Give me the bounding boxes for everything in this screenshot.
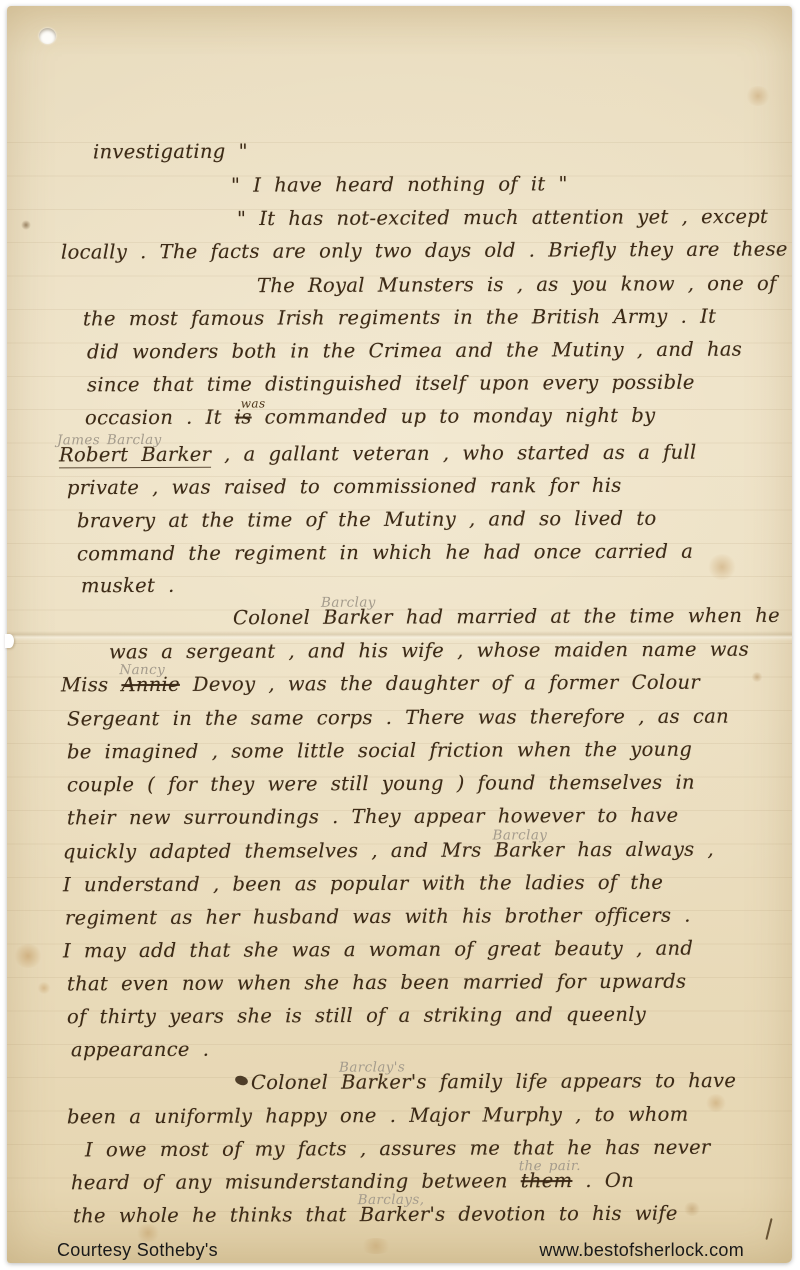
foxing-stain — [705, 1094, 727, 1112]
corrected-name: Barclay'sBarker's — [341, 1072, 427, 1092]
text-segment: family life appears to have — [427, 1069, 736, 1093]
manuscript-line: musket . — [81, 576, 175, 596]
manuscript-line: I understand , been as popular with the … — [63, 873, 663, 895]
manuscript-line: the whole he thinks that Barclays,Barker… — [73, 1204, 678, 1226]
manuscript-line: was a sergeant , and his wife , whose ma… — [109, 640, 749, 662]
text-segment: has always , — [564, 838, 714, 862]
manuscript-line: command the regiment in which he had onc… — [77, 542, 693, 564]
manuscript-line: did wonders both in the Crimea and the M… — [87, 340, 742, 362]
ink-correction: wasis — [235, 408, 252, 428]
text-segment: commanded up to monday night by — [252, 404, 656, 429]
pencil-annotation: Nancy — [119, 664, 165, 678]
manuscript-line: bravery at the time of the Mutiny , and … — [77, 509, 657, 531]
manuscript-line: heard of any misunderstanding between th… — [71, 1171, 634, 1193]
foxing-stain — [359, 1238, 393, 1254]
manuscript-line: occasion . It wasis commanded up to mond… — [85, 406, 656, 428]
manuscript-line: the most famous Irish regiments in the B… — [83, 307, 716, 329]
foxing-stain — [707, 554, 737, 580]
foxing-stain — [37, 982, 51, 994]
foxing-stain — [751, 672, 763, 682]
manuscript-line: couple ( for they were still young ) fou… — [67, 773, 695, 795]
ink-insertion: was — [241, 397, 266, 409]
manuscript-line: Colonel Barclay'sBarker's family life ap… — [251, 1071, 736, 1093]
text-segment: heard of any misunderstanding between — [71, 1169, 521, 1194]
manuscript-line: quickly adapted themselves , and Mrs Bar… — [63, 840, 714, 862]
manuscript-line: private , was raised to commissioned ran… — [67, 476, 622, 498]
text-segment: Miss — [61, 673, 122, 696]
manuscript-line: Colonel BarclayBarker had married at the… — [233, 606, 780, 628]
fold-edge-nick — [5, 634, 14, 648]
manuscript-line: Miss NancyAnnie Devoy , was the daughter… — [61, 673, 700, 695]
pencil-annotation: Barclay — [321, 597, 376, 611]
manuscript-line: Sergeant in the same corps . There was t… — [67, 707, 729, 729]
text-segment: , a gallant veteran , who started as a f… — [211, 441, 697, 466]
manuscript-line: I owe most of my facts , assures me that… — [85, 1138, 711, 1160]
manuscript-line: James BarclayRobert Barker , a gallant v… — [59, 443, 697, 465]
manuscript-line: The Royal Munsters is , as you know , on… — [257, 274, 777, 296]
manuscript-line: since that time distinguished itself upo… — [87, 373, 695, 395]
pencil-annotation: Barclays, — [358, 1194, 425, 1208]
manuscript-line: of thirty years she is still of a striki… — [67, 1005, 646, 1027]
foxing-stain — [745, 86, 771, 106]
foxing-stain — [21, 220, 31, 230]
foxing-stain — [13, 944, 43, 968]
punch-hole — [39, 28, 56, 44]
pencil-annotation: Barclay's — [339, 1062, 405, 1076]
corrected-word: the pair.them — [521, 1171, 573, 1191]
manuscript-line: " It has not-excited much attention yet … — [237, 207, 768, 229]
text-segment: Colonel — [233, 606, 323, 629]
corrected-name: BarclayBarker — [323, 607, 393, 627]
pencil-annotation: Barclay — [492, 830, 547, 844]
text-segment: the whole he thinks that — [73, 1203, 360, 1227]
text-segment: had married at the time when he — [393, 604, 780, 629]
text-segment: Devoy , was the daughter of a former Col… — [180, 671, 700, 696]
text-segment: Colonel — [251, 1071, 341, 1094]
manuscript-line: been a uniformly happy one . Major Murph… — [67, 1105, 689, 1127]
website-caption: www.bestofsherlock.com — [539, 1240, 744, 1261]
manuscript-line: their new surroundings . They appear how… — [67, 806, 679, 828]
text-segment: . On — [572, 1169, 634, 1192]
manuscript-line: regiment as her husband was with his bro… — [65, 906, 691, 928]
manuscript-line: investigating " — [93, 142, 248, 162]
pen-stroke-mark — [765, 1218, 772, 1240]
corrected-name: NancyAnnie — [121, 675, 180, 695]
text-segment: occasion . It — [85, 406, 235, 430]
text-segment: quickly adapted themselves , and Mrs — [63, 839, 495, 864]
ink-blot — [234, 1074, 249, 1087]
corrected-name: James BarclayRobert Barker — [59, 445, 211, 465]
manuscript-line: I may add that she was a woman of great … — [63, 939, 693, 961]
corrected-name: Barclays,Barker's — [360, 1205, 446, 1225]
corrected-name: BarclayBarker — [495, 840, 565, 860]
manuscript-line: locally . The facts are only two days ol… — [61, 239, 800, 262]
foxing-stain — [683, 1202, 701, 1216]
manuscript-line: be imagined , some little social frictio… — [67, 740, 692, 762]
pencil-annotation: the pair. — [519, 1160, 581, 1174]
credit-caption: Courtesy Sotheby's — [57, 1240, 218, 1261]
text-segment: devotion to his wife — [445, 1202, 677, 1226]
manuscript-line: appearance . — [71, 1040, 209, 1060]
manuscript-page: investigating " " I have heard nothing o… — [7, 6, 792, 1263]
manuscript-line: " I have heard nothing of it " — [231, 174, 568, 195]
manuscript-line: that even now when she has been married … — [67, 972, 686, 994]
pencil-annotation: James Barclay — [57, 434, 162, 448]
